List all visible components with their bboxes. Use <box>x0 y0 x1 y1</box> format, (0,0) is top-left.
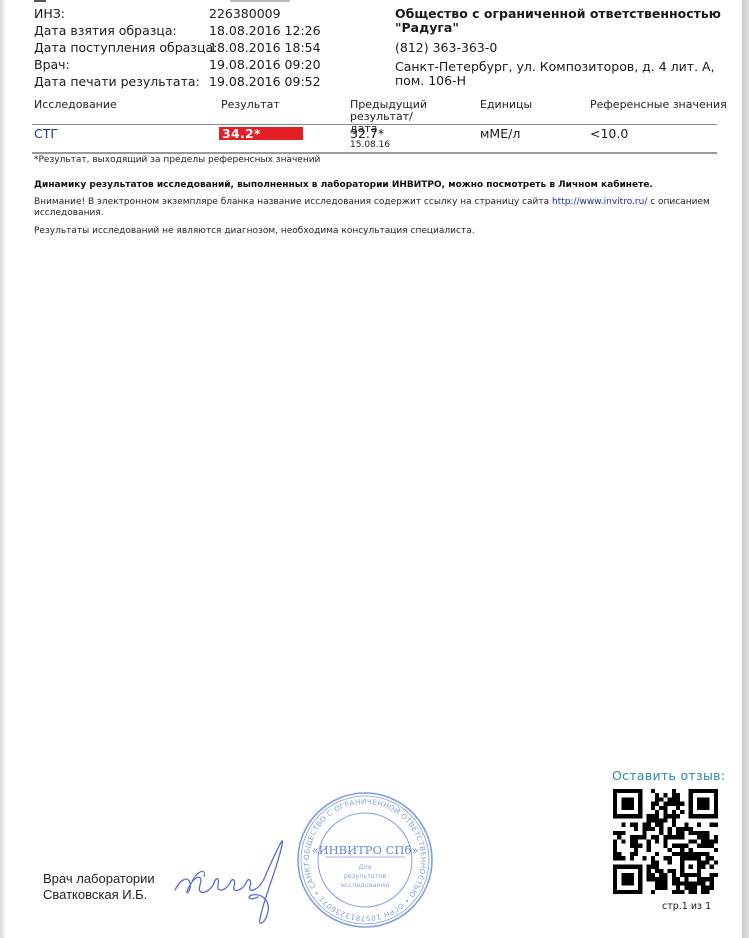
stamp-icon: ОБЩЕСТВО С ОГРАНИЧЕННОЙ ОТВЕТСТВЕННОСТЬЮ… <box>295 790 435 930</box>
qr-code-icon[interactable] <box>613 789 718 894</box>
organization-address: Санкт-Петербург, ул. Композиторов, д. 4 … <box>395 60 735 88</box>
test-name-link[interactable]: СТГ <box>34 127 58 141</box>
info-label: Дата взятия образца: <box>34 22 177 39</box>
info-label: Дата печати результата: <box>34 73 200 90</box>
stamp-line1: Для <box>358 863 371 871</box>
stamp-line3: исследований <box>341 881 390 889</box>
table-header-divider <box>32 124 717 125</box>
signer-title: Врач лаборатории <box>43 871 155 887</box>
previous-result-date: 15.08.16 <box>350 140 390 150</box>
cut-off-text-fragment <box>230 0 290 2</box>
organization-phone: (812) 363-363-0 <box>395 40 735 55</box>
stamp-line2: результатов <box>344 872 387 880</box>
scrollbar[interactable] <box>742 0 749 938</box>
signer-name: Сватковская И.Б. <box>43 887 155 903</box>
attention-note-line2: исследования. <box>34 208 104 219</box>
attention-text: Внимание! В электронном экземпляре бланк… <box>34 197 552 207</box>
feedback-label[interactable]: Оставить отзыв: <box>612 768 725 783</box>
footnote: *Результат, выходящий за пределы референ… <box>34 155 320 166</box>
column-header-units: Единицы <box>480 99 532 111</box>
column-header-reference: Референсные значения <box>590 99 727 111</box>
invitro-link[interactable]: http://www.invitro.ru/ <box>552 197 647 207</box>
info-label: Дата поступления образца: <box>34 39 217 56</box>
organization-block: Общество с ограниченной ответственностью… <box>395 7 735 88</box>
disclaimer-note: Результаты исследований не являются диаг… <box>34 226 475 237</box>
info-value: 18.08.2016 12:26 <box>209 22 321 39</box>
stamp-title: «ИНВИТРО СПб» <box>312 843 419 857</box>
column-header-test: Исследование <box>34 99 117 111</box>
column-header-result: Результат <box>221 99 280 111</box>
info-value: 226380009 <box>209 5 281 22</box>
attention-text-end: с описанием <box>647 197 709 207</box>
page-number: стр.1 из 1 <box>662 901 711 912</box>
reference-value: <10.0 <box>590 127 628 141</box>
signer-block: Врач лаборатории Сватковская И.Б. <box>43 871 155 903</box>
previous-result-value: 32.7* <box>350 127 384 141</box>
info-value: 19.08.2016 09:52 <box>209 73 321 90</box>
organization-name: Общество с ограниченной ответственностью… <box>395 7 735 35</box>
table-bottom-divider <box>32 152 717 154</box>
signature-icon <box>170 835 295 930</box>
attention-note: Внимание! В электронном экземпляре бланк… <box>34 197 734 208</box>
info-label: Врач: <box>34 56 70 73</box>
info-value: 18.08.2016 18:54 <box>209 39 321 56</box>
page-left-edge <box>0 0 5 938</box>
info-label: ИНЗ: <box>34 5 65 22</box>
result-value-flagged: 34.2* <box>219 127 303 140</box>
dynamics-note: Динамику результатов исследований, выпол… <box>34 180 653 191</box>
info-value: 19.08.2016 09:20 <box>209 56 321 73</box>
cut-off-text-fragment <box>34 0 46 2</box>
units-value: мМЕ/л <box>480 127 520 141</box>
